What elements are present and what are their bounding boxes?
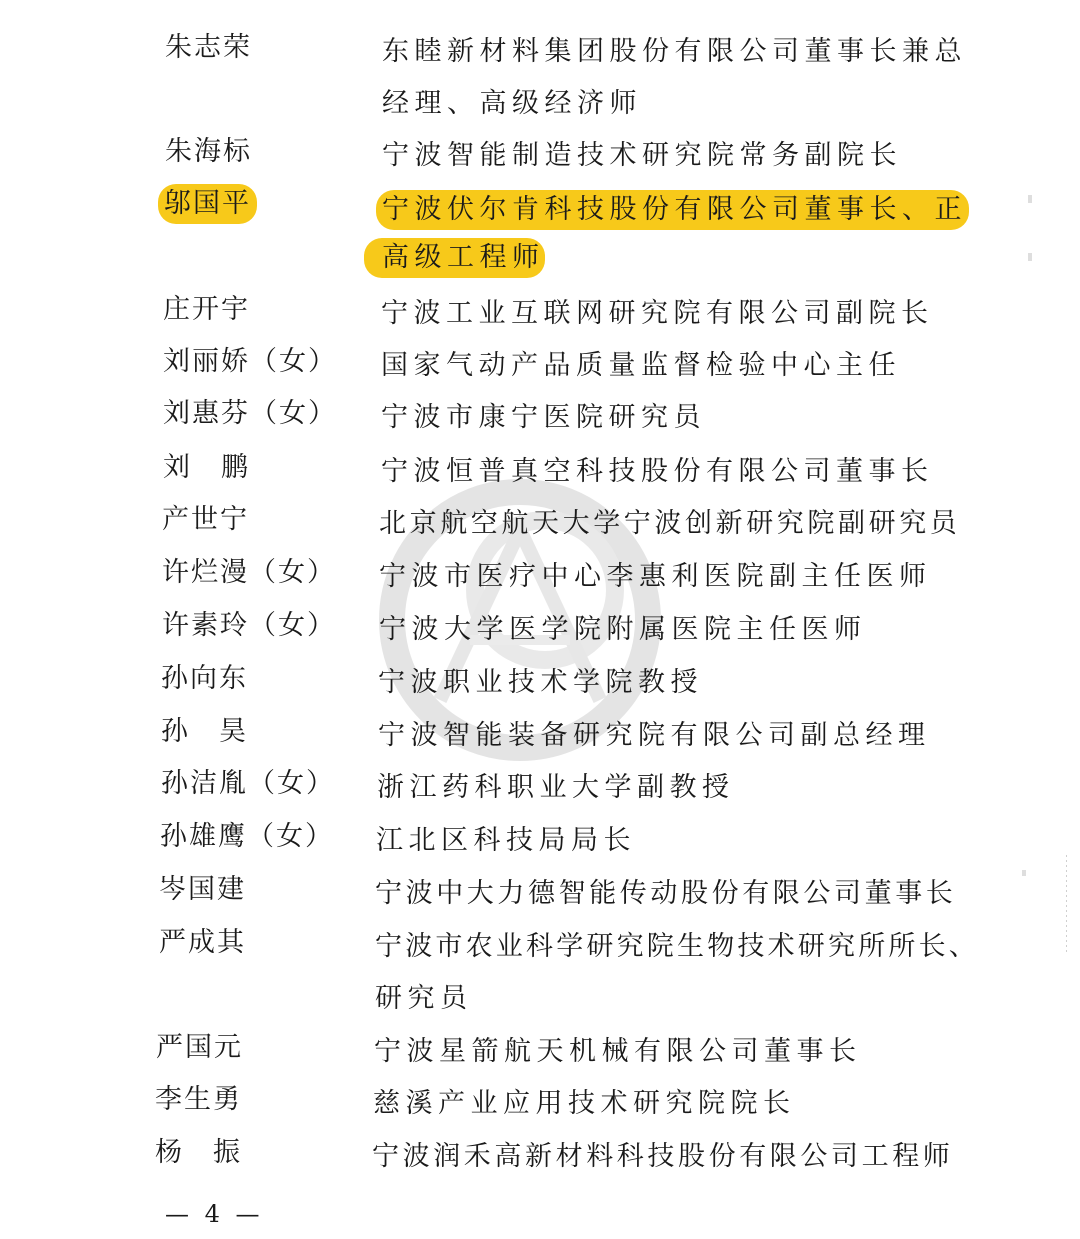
member-title-line: 宁波大学医学院附属医院主任医师 xyxy=(379,610,867,650)
member-name: 许烂漫（女） xyxy=(162,553,336,593)
member-name: 杨 振 xyxy=(155,1133,242,1173)
member-entry: 庄开宇 宁波工业互联网研究院有限公司副院长 xyxy=(0,290,1080,342)
member-entry: 孙 昊 宁波智能装备研究院有限公司副总经理 xyxy=(0,712,1080,764)
document-page: 朱志荣 东睦新材料集团股份有限公司董事长兼总 经理、高级经济师 朱海标 宁波智能… xyxy=(0,0,1080,1239)
member-name: 岑国建 xyxy=(159,870,246,910)
page-number: — 4 — xyxy=(165,1198,264,1230)
scan-artifact xyxy=(1028,195,1032,203)
member-entry-highlighted: 邬国平 宁波伏尔肯科技股份有限公司董事长、正 xyxy=(0,184,1080,236)
member-name: 邬国平 xyxy=(158,184,257,224)
member-title-line: 宁波职业技术学院教授 xyxy=(378,663,703,703)
member-entry: 刘丽娇（女） 国家气动产品质量监督检验中心主任 xyxy=(0,342,1080,394)
member-entry: 朱海标 宁波智能制造技术研究院常务副院长 xyxy=(0,132,1080,184)
member-name: 庄开宇 xyxy=(163,290,250,330)
member-entry: 岑国建 宁波中大力德智能传动股份有限公司董事长 xyxy=(0,870,1080,922)
member-title-line: 江北区科技局局长 xyxy=(376,821,636,861)
member-name: 孙洁胤（女） xyxy=(161,764,335,804)
member-entry: 刘惠芬（女） 宁波市康宁医院研究员 xyxy=(0,394,1080,446)
member-entry: 杨 振 宁波润禾高新材料科技股份有限公司工程师 xyxy=(0,1133,1080,1185)
member-entry: 孙雄鹰（女） 江北区科技局局长 xyxy=(0,817,1080,869)
scan-artifact xyxy=(1022,870,1026,876)
member-entry: 孙向东 宁波职业技术学院教授 xyxy=(0,659,1080,711)
member-entry-continuation: 高级工程师 xyxy=(0,236,1080,288)
member-entry: 李生勇 慈溪产业应用技术研究院院长 xyxy=(0,1080,1080,1132)
member-name: 刘丽娇（女） xyxy=(163,342,337,382)
member-title-line: 宁波智能装备研究院有限公司副总经理 xyxy=(378,716,931,756)
member-title-line: 宁波润禾高新材料科技股份有限公司工程师 xyxy=(372,1137,953,1177)
member-title-line: 宁波伏尔肯科技股份有限公司董事长、正 xyxy=(376,190,969,230)
member-entry: 许素玲（女） 宁波大学医学院附属医院主任医师 xyxy=(0,606,1080,658)
member-title-line: 慈溪产业应用技术研究院院长 xyxy=(373,1084,796,1124)
member-entry: 许烂漫（女） 宁波市医疗中心李惠利医院副主任医师 xyxy=(0,553,1080,605)
member-title-line: 北京航空航天大学宁波创新研究院副研究员 xyxy=(379,504,960,544)
member-entry: 产世宁 北京航空航天大学宁波创新研究院副研究员 xyxy=(0,500,1080,552)
member-name: 刘 鹏 xyxy=(163,448,250,488)
member-entry: 孙洁胤（女） 浙江药科职业大学副教授 xyxy=(0,764,1080,816)
member-title-line: 宁波市康宁医院研究员 xyxy=(381,398,706,438)
member-name: 严国元 xyxy=(156,1028,243,1068)
member-title-line: 东睦新材料集团股份有限公司董事长兼总 xyxy=(382,32,967,72)
member-name: 刘惠芬（女） xyxy=(163,394,337,434)
scan-artifact xyxy=(1028,253,1032,261)
member-title-line: 高级工程师 xyxy=(364,238,545,278)
member-entry: 刘 鹏 宁波恒普真空科技股份有限公司董事长 xyxy=(0,448,1080,500)
member-title-line: 浙江药科职业大学副教授 xyxy=(377,768,735,808)
member-title-line: 宁波星箭航天机械有限公司董事长 xyxy=(374,1032,862,1072)
member-name: 朱志荣 xyxy=(165,28,252,68)
member-name: 产世宁 xyxy=(162,500,249,540)
member-entry-continuation: 研究员 xyxy=(0,975,1080,1027)
member-name: 严成其 xyxy=(159,923,246,963)
member-title-line: 宁波工业互联网研究院有限公司副院长 xyxy=(381,294,934,334)
member-name: 朱海标 xyxy=(165,132,252,172)
member-title-line: 宁波恒普真空科技股份有限公司董事长 xyxy=(381,452,934,492)
member-title-line: 宁波中大力德智能传动股份有限公司董事长 xyxy=(375,874,956,914)
member-title-line: 宁波智能制造技术研究院常务副院长 xyxy=(382,136,902,176)
member-name: 孙 昊 xyxy=(161,712,248,752)
member-title-line: 经理、高级经济师 xyxy=(382,84,642,124)
member-entry: 朱志荣 东睦新材料集团股份有限公司董事长兼总 xyxy=(0,28,1080,80)
member-title-line: 宁波市农业科学研究院生物技术研究所所长、 xyxy=(375,927,979,967)
member-name: 许素玲（女） xyxy=(162,606,336,646)
member-title-line: 国家气动产品质量监督检验中心主任 xyxy=(381,346,901,386)
member-entry-continuation: 经理、高级经济师 xyxy=(0,80,1080,132)
member-title-line: 宁波市医疗中心李惠利医院副主任医师 xyxy=(379,557,932,597)
member-name: 孙向东 xyxy=(161,659,248,699)
member-entry: 严成其 宁波市农业科学研究院生物技术研究所所长、 xyxy=(0,923,1080,975)
member-name: 李生勇 xyxy=(155,1080,242,1120)
member-entry: 严国元 宁波星箭航天机械有限公司董事长 xyxy=(0,1028,1080,1080)
member-name: 孙雄鹰（女） xyxy=(160,817,334,857)
member-title-line: 研究员 xyxy=(375,979,473,1019)
scan-edge-line xyxy=(1066,855,1067,955)
